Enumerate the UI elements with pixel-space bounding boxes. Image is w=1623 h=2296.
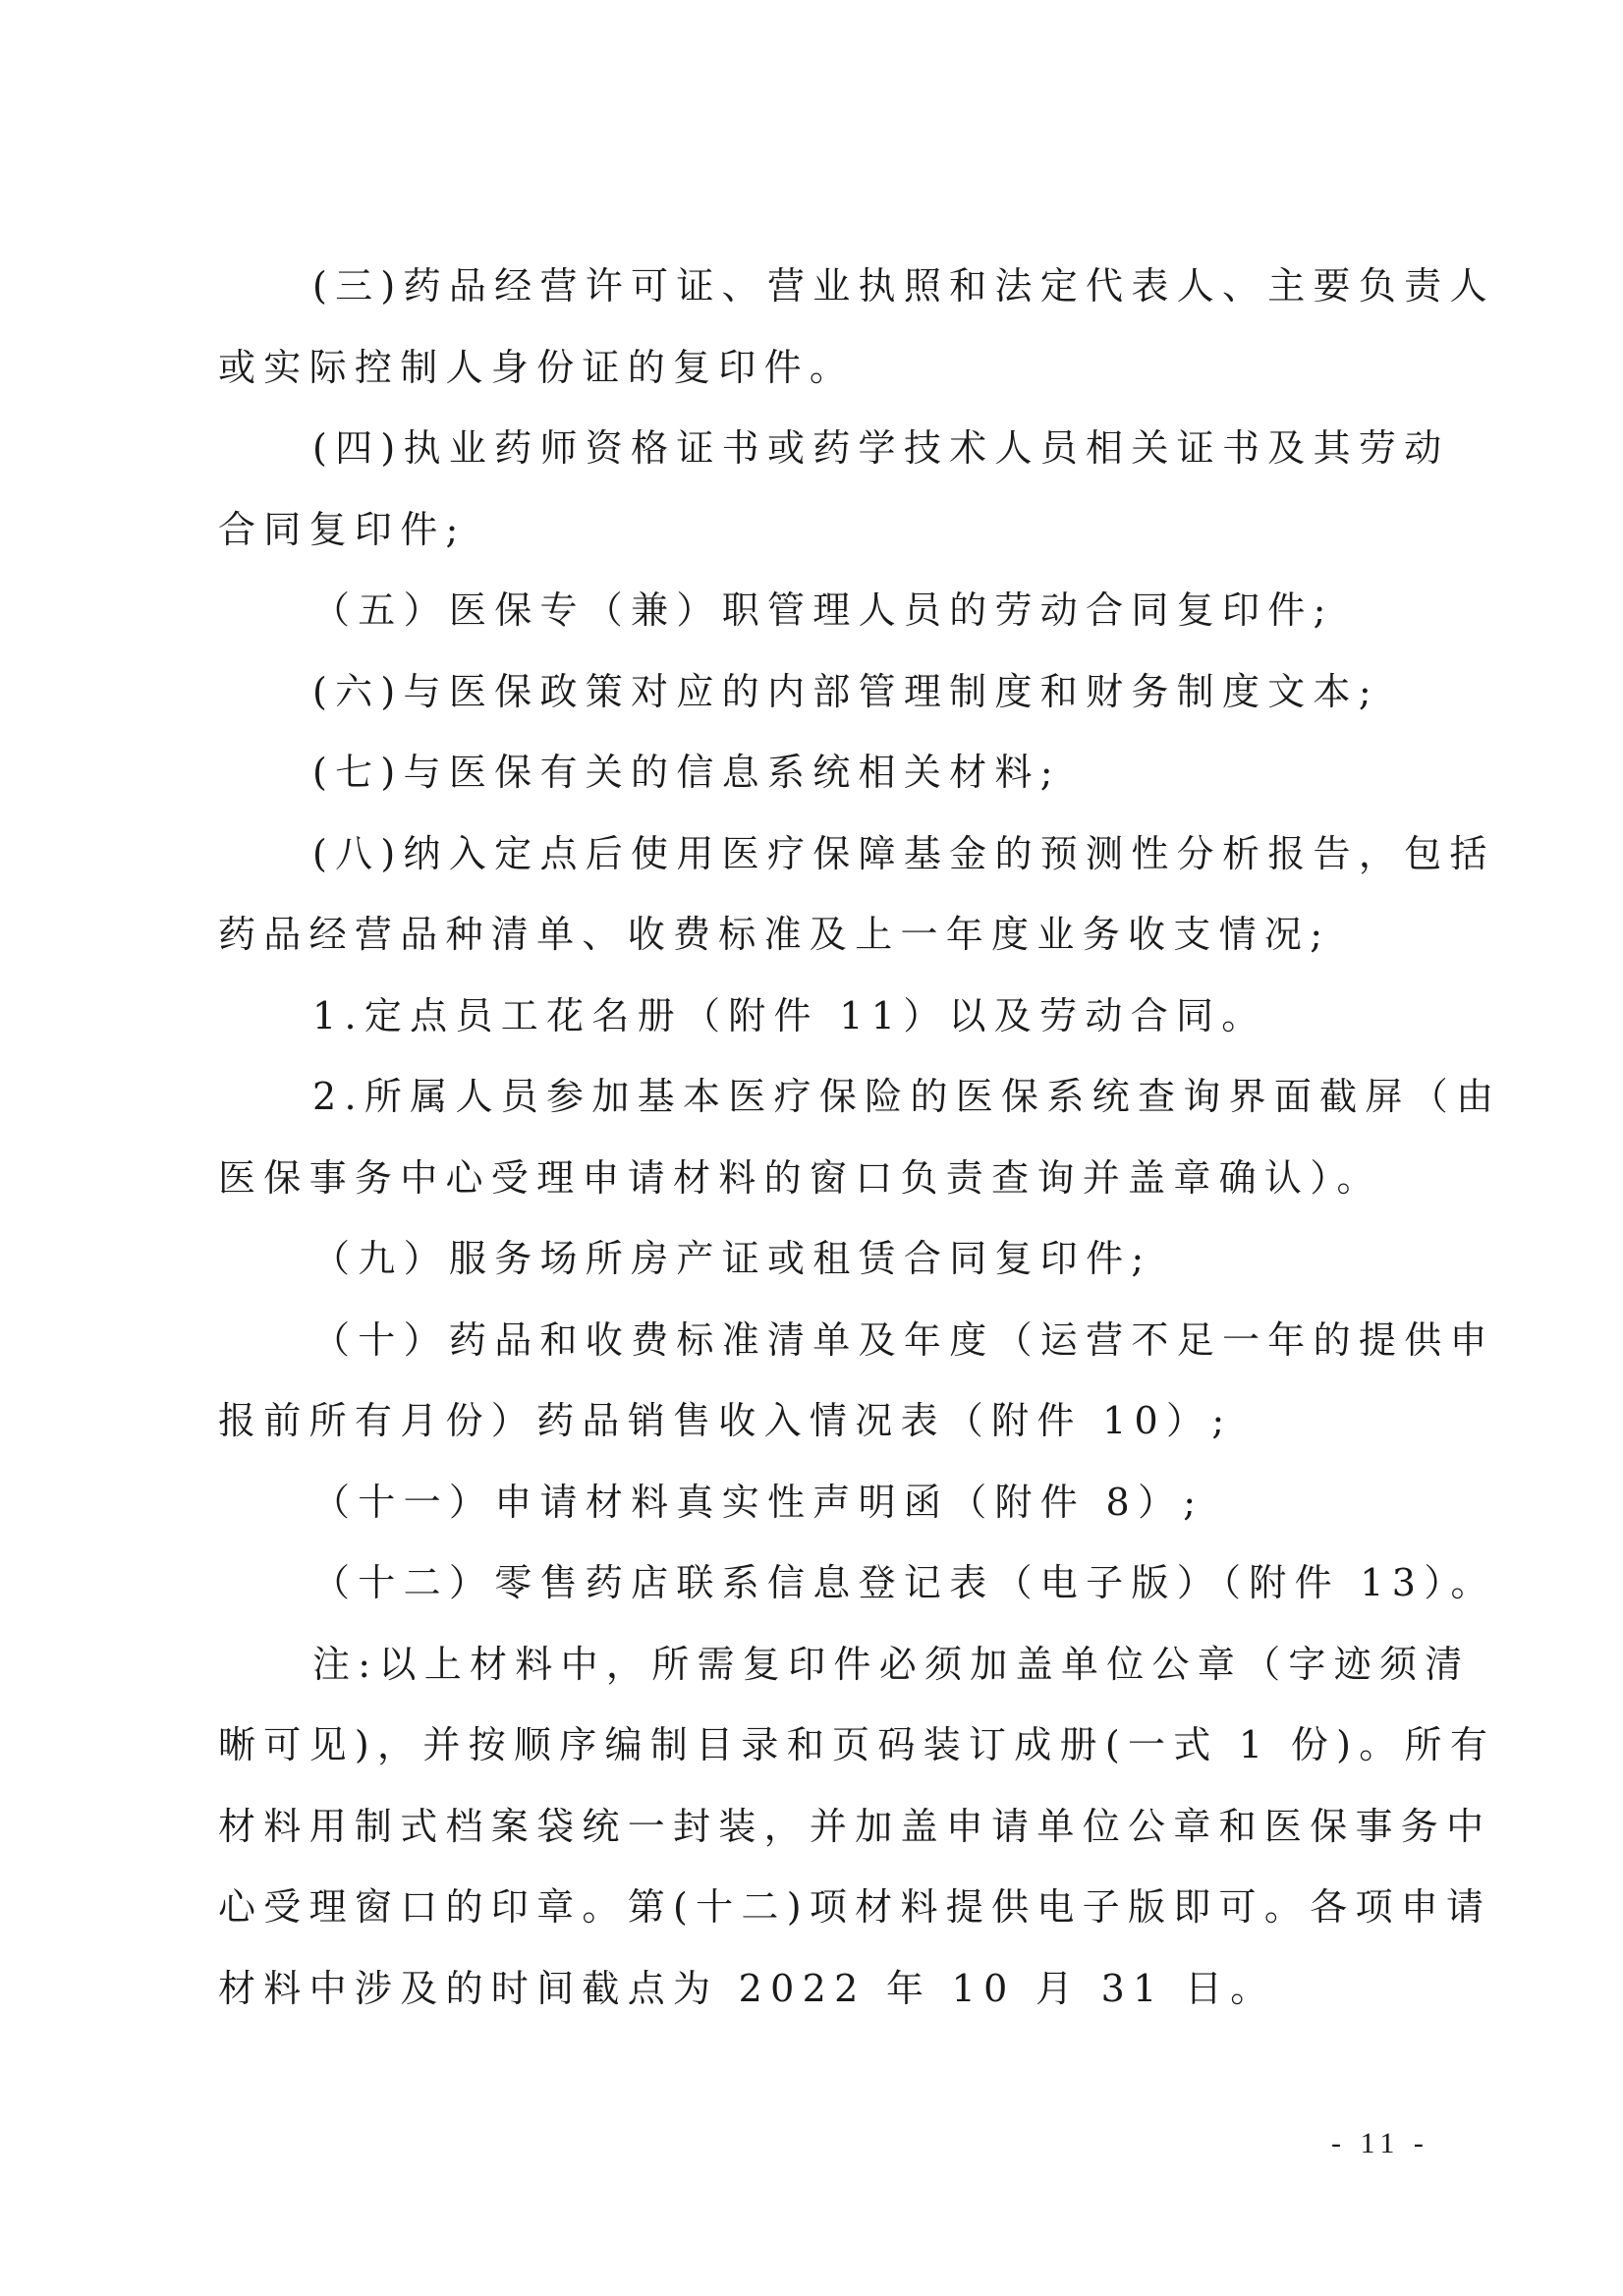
paragraph-line: (四)执业药师资格证书或药学技术人员相关证书及其劳动 xyxy=(218,408,1432,489)
page-number: - 11 - xyxy=(1331,2127,1429,2160)
paragraph-line: 1.定点员工花名册（附件 11）以及劳动合同。 xyxy=(218,976,1432,1057)
note-line: 心受理窗口的印章。第(十二)项材料提供电子版即可。各项申请 xyxy=(218,1867,1432,1948)
paragraph-line: （十一）申请材料真实性声明函（附件 8）; xyxy=(218,1462,1432,1543)
note-line: 材料用制式档案袋统一封装，并加盖申请单位公章和医保事务中 xyxy=(218,1786,1432,1868)
paragraph-line: 或实际控制人身份证的复印件。 xyxy=(218,327,1432,409)
note-line: 晰可见)，并按顺序编制目录和页码装订成册(一式 1 份)。所有 xyxy=(218,1705,1432,1786)
paragraph-line: （五）医保专（兼）职管理人员的劳动合同复印件; xyxy=(218,570,1432,651)
paragraph-line: （十二）零售药店联系信息登记表（电子版）（附件 13）。 xyxy=(218,1542,1432,1624)
paragraph-line: 医保事务中心受理申请材料的窗口负责查询并盖章确认）。 xyxy=(218,1138,1432,1219)
paragraph-line: （十）药品和收费标准清单及年度（运营不足一年的提供申 xyxy=(218,1300,1432,1381)
paragraph-line: (八)纳入定点后使用医疗保障基金的预测性分析报告，包括 xyxy=(218,813,1432,895)
paragraph-line: (七)与医保有关的信息系统相关材料; xyxy=(218,732,1432,813)
paragraph-line: 药品经营品种清单、收费标准及上一年度业务收支情况; xyxy=(218,894,1432,976)
note-line: 注:以上材料中，所需复印件必须加盖单位公章（字迹须清 xyxy=(218,1624,1432,1706)
paragraph-line: 报前所有月份）药品销售收入情况表（附件 10）; xyxy=(218,1380,1432,1462)
paragraph-line: （九）服务场所房产证或租赁合同复印件; xyxy=(218,1218,1432,1300)
document-page: (三)药品经营许可证、营业执照和法定代表人、主要负责人 或实际控制人身份证的复印… xyxy=(0,0,1623,2296)
paragraph-line: (六)与医保政策对应的内部管理制度和财务制度文本; xyxy=(218,651,1432,733)
note-line: 材料中涉及的时间截点为 2022 年 10 月 31 日。 xyxy=(218,1948,1432,2030)
paragraph-line: 2.所属人员参加基本医疗保险的医保系统查询界面截屏（由 xyxy=(218,1056,1432,1138)
paragraph-line: 合同复印件; xyxy=(218,489,1432,571)
document-body: (三)药品经营许可证、营业执照和法定代表人、主要负责人 或实际控制人身份证的复印… xyxy=(218,246,1432,2029)
paragraph-line: (三)药品经营许可证、营业执照和法定代表人、主要负责人 xyxy=(218,246,1432,327)
